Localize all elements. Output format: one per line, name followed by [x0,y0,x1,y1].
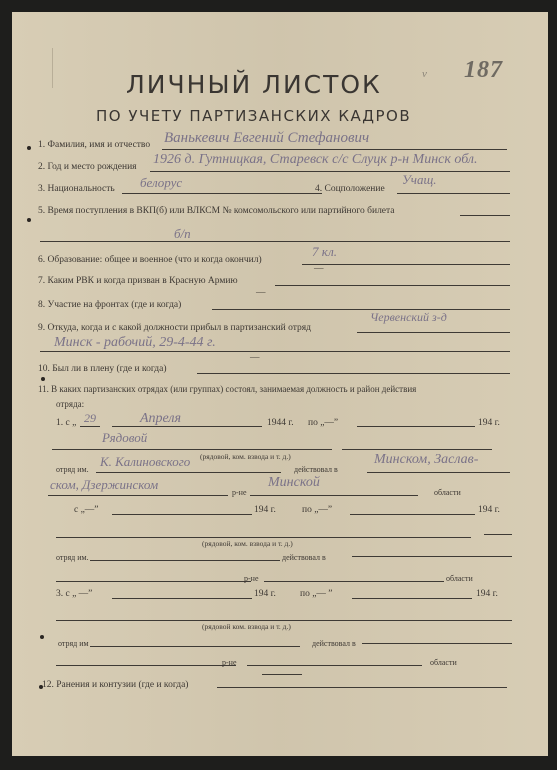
field-8-label: 8. Участие на фронтах (где и когда) [38,300,181,310]
d3-acted-line [362,643,512,644]
d1-position-line-a [52,449,332,450]
detachment-1-region: Минской [268,475,320,491]
detachment-1-prefix: 1. с „ [56,418,76,428]
field-4-value: Учащ. [402,172,437,188]
detachment-1-year-to: 194 г. [478,418,500,428]
detachment-1-acted-label: действовал в [294,465,338,474]
detachment-1-to: по „—” [308,418,338,428]
detachment-3-year-from: 194 г. [254,589,276,599]
detachment-2-year-to: 194 г. [478,505,500,515]
field-3-value: белорус [140,175,182,191]
field-9-label: 9. Откуда, когда и с какой должности при… [38,323,311,333]
detachment-3-district-label: р-не [222,658,237,667]
d3-from-line [112,598,252,599]
field-3-label: 3. Национальность [38,184,115,194]
detachment-3-year-to: 194 г. [476,589,498,599]
d3-to-line [352,598,472,599]
detachment-3-otryad-label: отряд им [58,639,89,648]
detachment-1-year-from: 1944 г. [267,418,294,428]
d1-position-line-b [342,449,492,450]
detachment-1-position-hint: (рядовой, ком. взвода и т. д.) [200,452,291,461]
d1-region-line [250,495,418,496]
field-10-value: — [250,353,260,363]
detachment-2-acted-label: действовал в [282,553,326,562]
field-6-label: 6. Образование: общее и военное (что и к… [38,255,262,265]
field-9-line-a [357,332,510,333]
d3-position-line [56,620,512,621]
punch-mark [27,146,31,150]
detachment-1-region-label: области [434,488,461,497]
detachment-3-to: по „— ” [300,589,333,599]
d1-cont-line [48,495,228,496]
detachment-2-otryad-label: отряд им. [56,553,89,562]
detachment-3-region-label: области [430,658,457,667]
field-11-label: 11. В каких партизанских отрядах (или гр… [38,384,416,394]
detachment-2-to: по „—” [302,505,332,515]
field-9-line-b [40,351,510,352]
detachment-1-district-label: р-не [232,488,247,497]
d2-position-line-b [484,534,512,535]
field-5-line-a [460,215,510,216]
field-12-label: 12. Ранения и контузии (где и когда) [42,680,188,690]
punch-mark [40,635,44,639]
d2-acted-line [352,556,512,557]
d2-to-line [350,514,475,515]
field-10-label: 10. Был ли в плену (где и когда) [38,364,167,374]
detachment-1-otryad-name: К. Калиновского [100,454,190,470]
field-6-value: 7 кл. [312,244,337,260]
check-mark: v [422,68,427,80]
detachment-2-district-label: р-не [244,574,259,583]
document-sheet: ЛИЧНЫЙ ЛИСТОК v 187 ПО УЧЕТУ ПАРТИЗАНСКИ… [12,12,548,756]
field-1-label: 1. Фамилия, имя и отчество [38,140,150,150]
d1-day-line [80,426,100,427]
field-2-line [150,171,510,172]
field-7-label: 7. Каким РВК и когда призван в Красную А… [38,276,238,286]
punch-mark [27,218,31,222]
field-1-value: Ванькевич Евгений Стефанович [164,130,369,147]
detachment-3-prefix: 3. с „ —” [56,589,92,599]
d3-otryad-line [90,646,300,647]
d1-to-line [357,426,475,427]
d2-position-line-a [56,537,471,538]
d2-from-line [112,514,252,515]
detachment-1-month: Апреля [140,411,181,427]
detachment-3-acted-label: действовал в [312,639,356,648]
detachment-1-acted-in-cont: ском, Дзержинском [50,477,158,493]
punch-mark [41,377,45,381]
field-2-value: 1926 д. Гутницкая, Старевск с/с Слуцк р-… [153,152,478,168]
field-2-label: 2. Год и место рождения [38,162,137,172]
document-subtitle: ПО УЧЕТУ ПАРТИЗАНСКИХ КАДРОВ [96,107,411,125]
d2-region-line [264,581,444,582]
field-3-line [122,193,322,194]
field-8-value: — [256,288,266,298]
document-title: ЛИЧНЫЙ ЛИСТОК [126,70,382,99]
d3-cont-line [56,665,236,666]
field-8-line [212,309,510,310]
detachment-3-position-hint: (рядовой ком. взвода и т. д.) [202,622,291,631]
d1-otryad-line [96,472,281,473]
field-9-value-1: Червенский з-д [370,310,447,325]
detachment-2-prefix: с „—” [74,505,99,515]
field-5-value: б/п [174,226,191,242]
field-12-line [217,687,507,688]
detachment-2-position-hint: (рядовой, ком. взвода и т. д.) [202,539,293,548]
field-7-value: — [314,264,324,274]
detachment-2-region-label: области [446,574,473,583]
d1-acted-line [367,472,510,473]
detachment-1-otryad-label: отряд им. [56,465,89,474]
detachment-2-year-from: 194 г. [254,505,276,515]
field-7-line [275,285,510,286]
field-1-line [162,149,507,150]
d2-otryad-line [90,560,280,561]
dash-mark [262,674,302,675]
field-10-line [197,373,510,374]
detachment-1-day: 29 [84,411,96,426]
field-9-value-2: Минск - рабочий, 29-4-44 г. [54,335,216,351]
field-11-label-cont: отряда: [56,399,84,409]
d2-cont-line [56,581,251,582]
field-6-line [302,264,510,265]
d3-region-line [247,665,422,666]
field-4-label: 4. Соцположение [315,184,385,194]
field-5-label: 5. Время поступления в ВКП(б) или ВЛКСМ … [38,206,395,216]
detachment-1-position: Рядовой [102,430,147,446]
d1-month-line [112,426,262,427]
archive-number: 187 [464,57,503,84]
field-4-line [397,193,510,194]
detachment-1-acted-in: Минском, Заслав- [374,452,478,468]
field-5-line-b [40,241,510,242]
margin-mark [52,48,53,88]
